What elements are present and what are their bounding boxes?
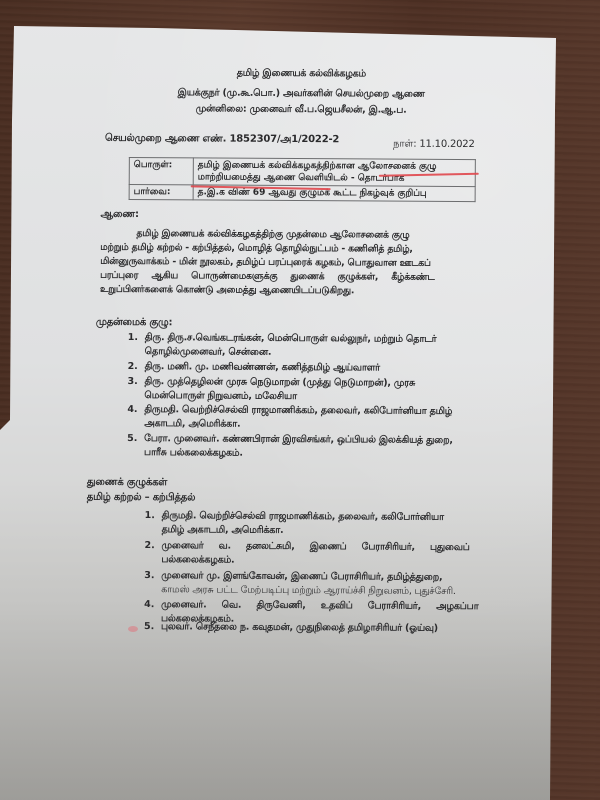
member-line: திரு. திரு.ச.வெங்கடரங்கன், மென்பொருள் வல… xyxy=(145,332,437,346)
member-line: பேரா. முனைவர். கண்ணபிரான் இரவிசங்கர், ஒப… xyxy=(144,433,453,447)
member-line: திரு. முத்தெழிலன் முரசு நெடுமாறன் (முத்த… xyxy=(144,376,415,390)
main-committee-heading: முதன்மைக் குழு: xyxy=(96,317,172,329)
member-line: காமஸ் அரசு பட்ட மேற்படிப்பு மற்றும் ஆராய… xyxy=(161,584,456,598)
list-number: 2. xyxy=(144,540,154,551)
subject-text: தமிழ் இணையக் கல்விக்கழகத்திற்கான ஆலோசனைக… xyxy=(193,158,475,187)
order-heading: ஆணை: xyxy=(100,209,138,221)
order-paragraph-line: தமிழ் இணையக் கல்விக்கழகத்திற்கு முதன்மை … xyxy=(136,228,409,242)
member-line: திரு. மணி. மு. மணிவண்ணன், கணித்தமிழ் ஆய்… xyxy=(145,361,380,374)
member-line: திருமதி. வெற்றிச்செல்வி ராஜமாணிக்கம், தல… xyxy=(162,510,444,524)
member-line: தொழில்முனைவர், சென்னை. xyxy=(145,346,272,359)
order-paragraph-line: உறுப்பினர்களைக் கொண்டு அமைத்து ஆணையிடப்ப… xyxy=(100,284,354,298)
sub-committee-subheading: தமிழ் கற்றல் – கற்பித்தல் xyxy=(87,492,195,505)
order-title: இயக்குநர் (மு.கூ.பொ.) அவர்களின் செயல்முற… xyxy=(1,86,600,102)
member-line: மென்பொருள் நிறுவனம், மலேசியா xyxy=(144,390,297,403)
sub-committees-heading: துணைக் குழுக்கள் xyxy=(87,477,167,489)
member-line: பாரீசு பல்கலைக்கழகம். xyxy=(144,447,243,460)
institution-name: தமிழ் இணையக் கல்விக்கழகம் xyxy=(1,66,600,82)
presence-line: முன்னிலை: முனைவர் வீ.ப.ஜெயசீலன், இ.ஆ.ப. xyxy=(1,102,600,118)
order-number: செயல்முறை ஆணை எண். 1852307/அ1/2022-2 xyxy=(105,133,339,146)
list-number: 4. xyxy=(127,404,137,415)
member-line: முனைவர். வெ. திருவேணி, உதவிப் பேராசிரியர… xyxy=(161,599,478,613)
red-pen-mark xyxy=(128,626,138,632)
reference-label: பார்வை: xyxy=(129,184,193,199)
member-line: பல்கலைக்கழகம். xyxy=(161,554,234,566)
government-order-document: தமிழ் இணையக் கல்விக்கழகம் இயக்குநர் (மு.… xyxy=(0,0,600,800)
reference-table: பொருள்: தமிழ் இணையக் கல்விக்கழகத்திற்கான… xyxy=(129,157,476,202)
list-number: 3. xyxy=(127,376,137,387)
member-line: தமிழ் அகாடமி, அமெரிக்கா. xyxy=(162,524,284,537)
list-number: 4. xyxy=(144,599,154,610)
list-number: 1. xyxy=(128,332,138,343)
member-line: அகாடமி, அமெரிக்கா. xyxy=(144,418,240,431)
order-paragraph-line: மற்றும் தமிழ் கற்றல் - கற்பித்தல், மொழித… xyxy=(100,242,413,256)
list-number: 1. xyxy=(145,510,155,521)
member-line: திருமதி. வெற்றிச்செல்வி ராஜமாணிக்கம், தல… xyxy=(144,404,452,418)
member-line: முனைவர் மு. இளங்கோவன், இணைப் பேராசிரியர்… xyxy=(161,570,442,584)
order-date: நாள்: 11.10.2022 xyxy=(393,139,475,151)
list-number: 5. xyxy=(144,621,154,632)
subject-row: பொருள்: தமிழ் இணையக் கல்விக்கழகத்திற்கான… xyxy=(129,157,475,186)
list-number: 2. xyxy=(128,361,138,372)
order-paragraph-line: மின்னுருவாக்கம் - மின் நூலகம், தமிழ்ப் ப… xyxy=(100,256,431,270)
subject-label: பொருள்: xyxy=(129,157,193,184)
member-line: முனைவர் வ. தனலட்சுமி, இணைப் பேராசிரியர்,… xyxy=(161,540,469,554)
member-line: புலவர். செந்தலை ந. கவுதமன், முதுநிலைத் த… xyxy=(161,621,438,635)
list-number: 5. xyxy=(127,433,137,444)
order-paragraph-line: பரப்புரை ஆகிய பொருண்மைகளுக்கு துணைக் குழ… xyxy=(100,270,435,284)
list-number: 3. xyxy=(144,570,154,581)
